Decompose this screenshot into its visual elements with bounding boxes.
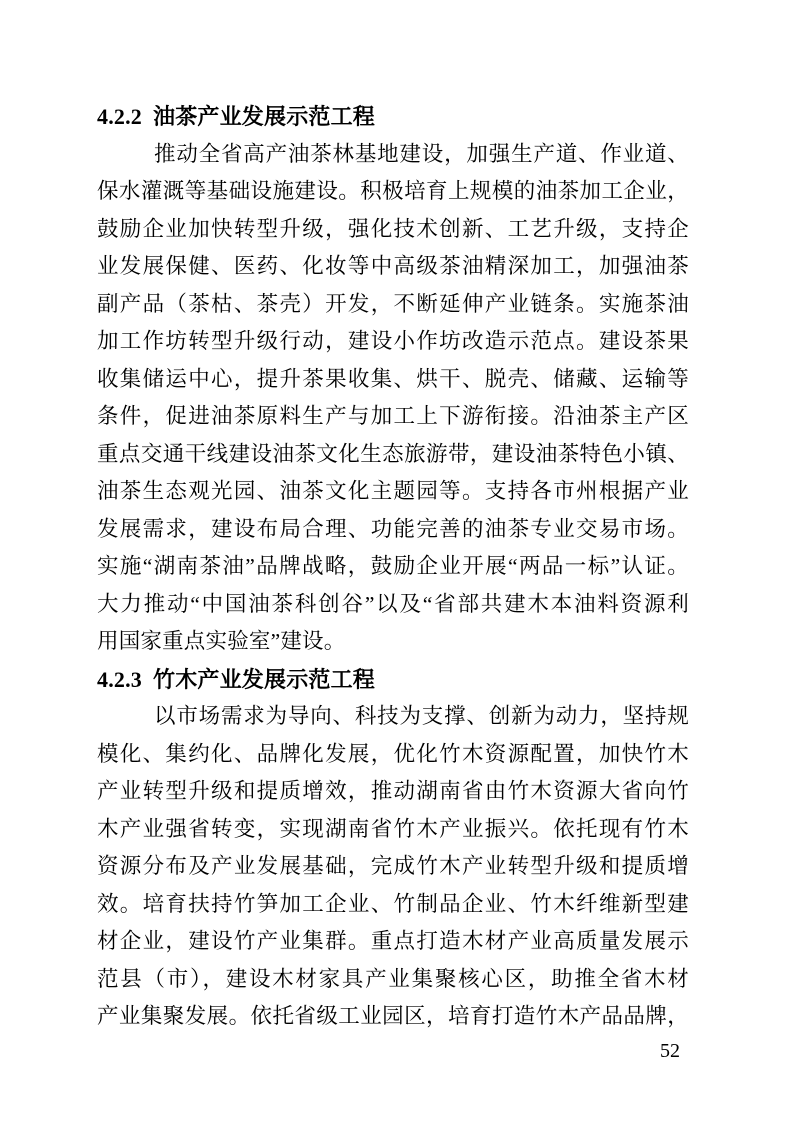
heading-title: 油茶产业发展示范工程 <box>153 104 375 129</box>
paragraph-line: 业发展保健、医药、化妆等中高级茶油精深加工，加强油茶 <box>97 248 689 286</box>
paragraph-line: 效。培育扶持竹笋加工企业、竹制品企业、竹木纤维新型建 <box>97 886 689 924</box>
document-content: 4.2.2油茶产业发展示范工程 推动全省高产油茶林基地建设，加强生产道、作业道、… <box>97 98 689 1036</box>
paragraph-line: 模化、集约化、品牌化发展，优化竹木资源配置，加快竹木 <box>97 736 689 774</box>
paragraph-line: 产业集聚发展。依托省级工业园区，培育打造竹木产品品牌， <box>97 998 689 1036</box>
paragraph-line: 发展需求，建设布局合理、功能完善的油茶专业交易市场。 <box>97 511 689 549</box>
paragraph-line: 实施“湖南茶油”品牌战略，鼓励企业开展“两品一标”认证。 <box>97 548 689 586</box>
heading-title: 竹木产业发展示范工程 <box>153 667 375 692</box>
paragraph-line: 以市场需求为导向、科技为支撑、创新为动力，坚持规 <box>97 698 689 736</box>
paragraph-line: 鼓励企业加快转型升级，强化技术创新、工艺升级，支持企 <box>97 211 689 249</box>
paragraph-line: 范县（市），建设木材家具产业集聚核心区，助推全省木材 <box>97 961 689 999</box>
paragraph-line: 用国家重点实验室”建设。 <box>97 623 689 661</box>
heading-number: 4.2.3 <box>97 667 142 692</box>
paragraph-line: 产业转型升级和提质增效，推动湖南省由竹木资源大省向竹 <box>97 773 689 811</box>
heading-number: 4.2.2 <box>97 104 142 129</box>
page-number: 52 <box>645 1038 695 1065</box>
paragraph-line: 收集储运中心，提升茶果收集、烘干、脱壳、储藏、运输等 <box>97 361 689 399</box>
paragraph-line: 加工作坊转型升级行动，建设小作坊改造示范点。建设茶果 <box>97 323 689 361</box>
section-heading-2: 4.2.3竹木产业发展示范工程 <box>97 661 689 699</box>
paragraph-line: 木产业强省转变，实现湖南省竹木产业振兴。依托现有竹木 <box>97 811 689 849</box>
paragraph-line: 资源分布及产业发展基础，完成竹木产业转型升级和提质增 <box>97 848 689 886</box>
paragraph-line: 推动全省高产油茶林基地建设，加强生产道、作业道、 <box>97 136 689 174</box>
paragraph-line: 大力推动“中国油茶科创谷”以及“省部共建木本油料资源利 <box>97 586 689 624</box>
document-page: 4.2.2油茶产业发展示范工程 推动全省高产油茶林基地建设，加强生产道、作业道、… <box>0 0 793 1122</box>
paragraph-line: 保水灌溉等基础设施建设。积极培育上规模的油茶加工企业， <box>97 173 689 211</box>
paragraph-line: 条件，促进油茶原料生产与加工上下游衔接。沿油茶主产区 <box>97 398 689 436</box>
paragraph-line: 油茶生态观光园、油茶文化主题园等。支持各市州根据产业 <box>97 473 689 511</box>
paragraph-line: 材企业，建设竹产业集群。重点打造木材产业高质量发展示 <box>97 923 689 961</box>
section-heading-1: 4.2.2油茶产业发展示范工程 <box>97 98 689 136</box>
paragraph-line: 副产品（茶枯、茶壳）开发，不断延伸产业链条。实施茶油 <box>97 286 689 324</box>
paragraph-line: 重点交通干线建设油茶文化生态旅游带，建设油茶特色小镇、 <box>97 436 689 474</box>
